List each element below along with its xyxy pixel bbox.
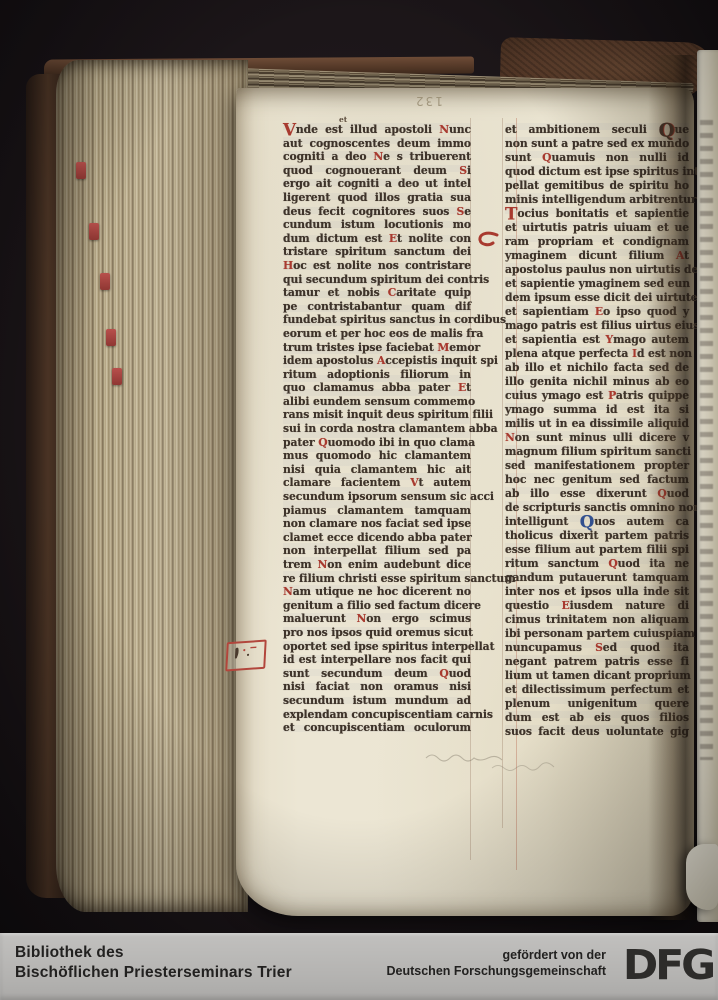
manuscript-line: pe contristabantur quam dif: [283, 300, 471, 314]
manuscript-line: pro nos ipsos quid oremus sicut: [283, 626, 471, 640]
manuscript-line: id est interpellare nos facit qui: [283, 653, 471, 667]
manuscript-line: quod cognouerant deum Si: [283, 164, 471, 178]
funding-credit-line2: Deutschen Forschungsgemeinschaft: [387, 963, 607, 979]
manuscript-line: nisi quia clamantem hic ait: [283, 463, 471, 477]
funding-credit-line1: gefördert von der: [387, 947, 607, 963]
page-stack-fore-edge: [56, 60, 248, 912]
manuscript-line: rans misit inquit deus spiritum filii: [283, 408, 471, 422]
manuscript-line: trum tristes ipse faciebat Memor: [283, 341, 471, 355]
manuscript-line: Hoc est nolite nos contristare: [283, 259, 471, 273]
library-credit: Bibliothek des Bischöflichen Priestersem…: [15, 943, 292, 982]
dfg-logo: DFG: [605, 939, 713, 991]
manuscript-line: non interpellat filium sed pa: [283, 544, 471, 558]
manuscript-line: clamet ecce dicendo abba pater: [283, 531, 471, 545]
manuscript-line: nisi faciat non oramus nisi: [283, 680, 471, 694]
manuscript-line: eorum et per hoc eos de malis fra: [283, 327, 471, 341]
text-column-left: Vnde est illud apostoli Nuncaut cognosce…: [283, 123, 471, 735]
manuscript-line: aut cognoscentes deum immo: [283, 137, 471, 151]
manuscript-line: tamur et nobis Caritate quip: [283, 286, 471, 300]
manuscript-line: idem apostolus Accepistis inquit spi: [283, 354, 471, 368]
red-paragraph-mark: [477, 231, 499, 249]
manuscript-line: re filium christi esse spiritum sanctum: [283, 572, 471, 586]
red-bookmark-tab: [89, 223, 99, 240]
manuscript-line: maluerunt Non ergo scimus: [283, 612, 471, 626]
facing-page-text-fragments: [700, 120, 713, 760]
manuscript-line: Vnde est illud apostoli Nunc: [283, 123, 471, 137]
library-credit-line2: Bischöflichen Priesterseminars Trier: [15, 963, 292, 983]
manuscript-line: alibi eundem sensum commemo: [283, 395, 471, 409]
manuscript-line: deus fecit cognitores suos Se: [283, 205, 471, 219]
manuscript-line: non clamare nos faciat sed ipse: [283, 517, 471, 531]
red-bookmark-tab: [100, 273, 110, 290]
folio-number: 132: [414, 94, 443, 108]
footer-banner: Bibliothek des Bischöflichen Priestersem…: [0, 933, 718, 1000]
ruling-line: [502, 118, 503, 828]
manuscript-line: et concupiscentiam oculorum: [283, 721, 471, 735]
manuscript-line: ligerent quod illos gratia sua: [283, 191, 471, 205]
manuscript-line: mus quomodo hic clamantem: [283, 449, 471, 463]
manuscript-line: clamare facientem Vt autem: [283, 476, 471, 490]
photo-area: 132 et Vnde est illud apostoli Nuncaut c…: [0, 0, 718, 933]
red-bookmark-tab: [76, 162, 86, 179]
red-bookmark-tab: [112, 368, 122, 385]
manuscript-line: pater Quomodo ibi in quo clama: [283, 436, 471, 450]
nota-glyphs: [228, 642, 261, 665]
gutter-shadow: [648, 55, 700, 920]
manuscript-line: sui in corda nostra clamantem abba: [283, 422, 471, 436]
funding-credit: gefördert von der Deutschen Forschungsge…: [387, 947, 607, 979]
manuscript-line: cogniti a deo Ne s tribuerent: [283, 150, 471, 164]
facing-page-edge: [697, 50, 718, 922]
manuscript-line: secundum istum mundum ad: [283, 694, 471, 708]
manuscript-line: ergo ait cogniti a deo ut intel: [283, 177, 471, 191]
facing-page-corner: [686, 844, 718, 910]
manuscript-line: oportet sed ipse spiritus interpellat: [283, 640, 471, 654]
manuscript-line: genitum a filio sed factum dicere: [283, 599, 471, 613]
manuscript-line: quo clamamus abba pater Et: [283, 381, 471, 395]
faint-marginalia: [422, 748, 582, 774]
manuscript-line: fundebat spiritus sanctus in cordibus: [283, 313, 471, 327]
manuscript-line: Nam utique ne hoc dicerent no: [283, 585, 471, 599]
manuscript-line: trem Non enim audebunt dice: [283, 558, 471, 572]
manuscript-line: tristare spiritum sanctum dei: [283, 245, 471, 259]
manuscript-line: ritum adoptionis filiorum in: [283, 368, 471, 382]
manuscript-line: piamus clamantem tamquam: [283, 504, 471, 518]
manuscript-line: qui secundum spiritum dei contris: [283, 273, 471, 287]
manuscript-line: secundum ipsorum sensum sic acci: [283, 490, 471, 504]
red-nota-box: [225, 640, 266, 672]
manuscript-line: cundum istum locutionis mo: [283, 218, 471, 232]
red-bookmark-tab: [106, 329, 116, 346]
manuscript-line: sunt secundum deum Quod: [283, 667, 471, 681]
digitized-manuscript-scan: 132 et Vnde est illud apostoli Nuncaut c…: [0, 0, 718, 1000]
open-page-recto: 132 et Vnde est illud apostoli Nuncaut c…: [236, 88, 694, 916]
manuscript-line: explendam concupiscentiam carnis: [283, 708, 471, 722]
library-credit-line1: Bibliothek des: [15, 943, 292, 963]
manuscript-line: dum dictum est Et nolite con: [283, 232, 471, 246]
